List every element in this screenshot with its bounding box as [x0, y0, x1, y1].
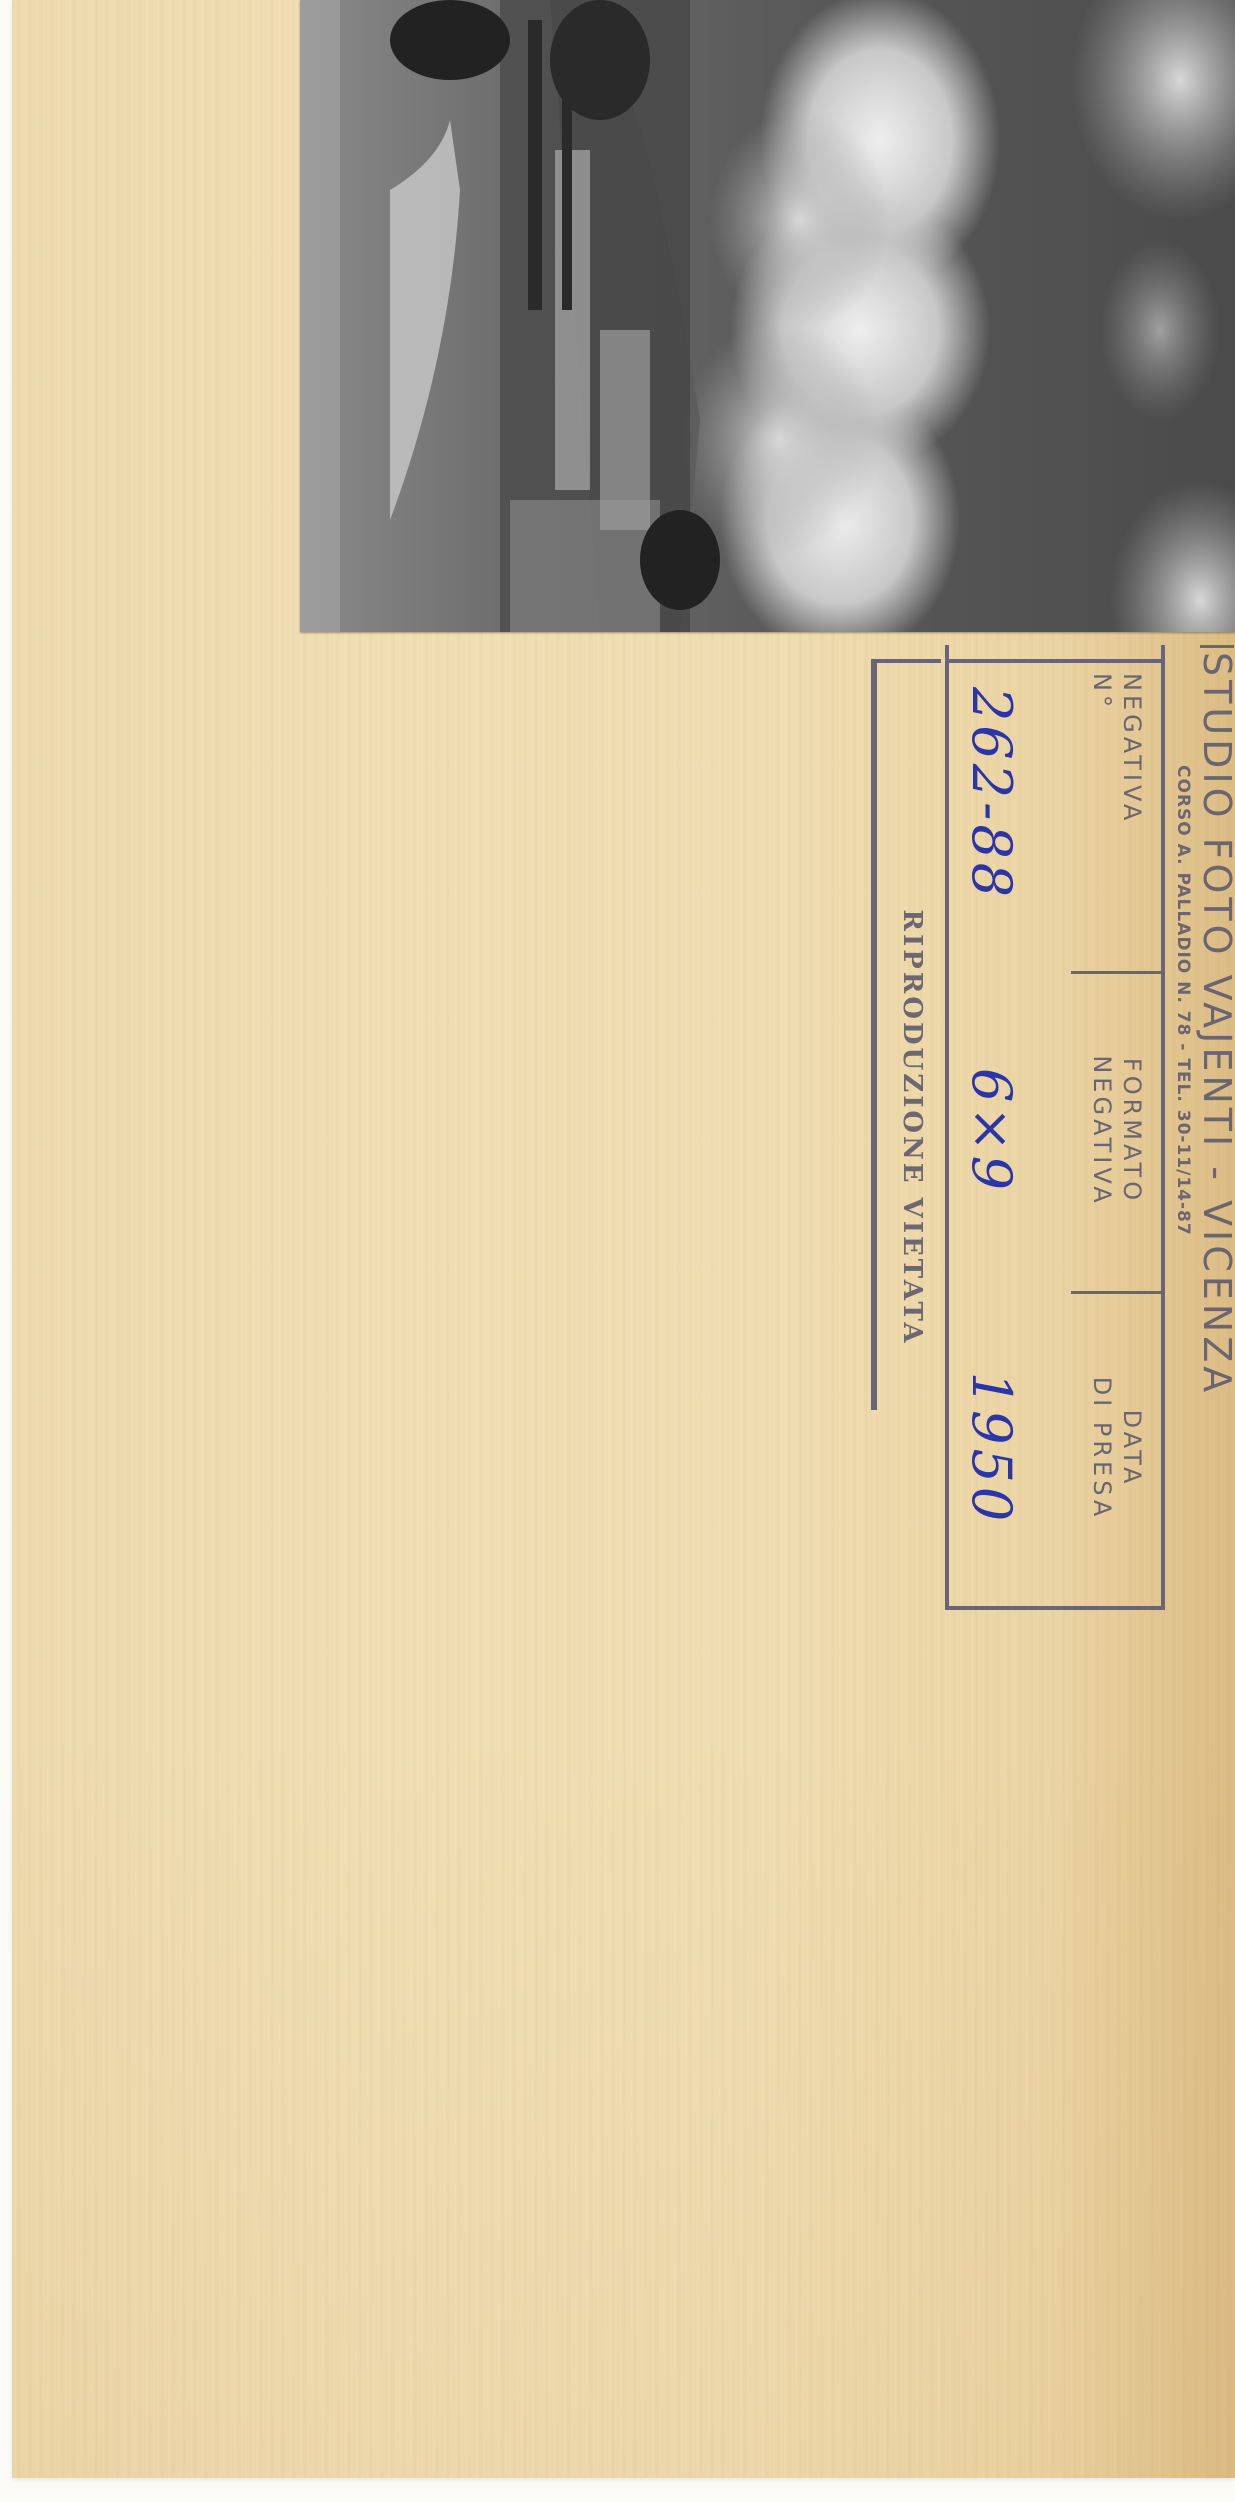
field-value: 1950 — [961, 1291, 1021, 1606]
field-negative-number: NEGATIVA N° 262-88 — [949, 659, 1161, 975]
reproduction-notice: RIPRODUZIONE VIETATA — [897, 645, 927, 1610]
field-label: DATA DI PRESA — [1087, 1291, 1147, 1606]
photo-mount-card: STUDIO FOTO VAJENTI - VICENZA CORSO A. P… — [12, 0, 1235, 2478]
studio-stamp: STUDIO FOTO VAJENTI - VICENZA CORSO A. P… — [867, 645, 1235, 1610]
field-value: 262-88 — [961, 687, 1021, 975]
landscape-photograph — [300, 0, 1235, 632]
divider — [871, 659, 877, 1410]
field-negative-format: FORMATO NEGATIVA 6×9 — [949, 971, 1161, 1291]
studio-name: STUDIO FOTO VAJENTI - VICENZA — [1197, 645, 1235, 1610]
studio-address: CORSO A. PALLADIO N. 78 - TEL. 30-11/14-… — [1173, 765, 1193, 1236]
field-label: FORMATO NEGATIVA — [1087, 971, 1147, 1291]
field-label: NEGATIVA N° — [1087, 673, 1147, 975]
stamp-footer: RIPRODUZIONE VIETATA — [871, 645, 941, 1610]
stamp-table: NEGATIVA N° 262-88 FORMATO NEGATIVA 6×9 … — [945, 645, 1165, 1610]
photo-image — [300, 0, 1235, 632]
field-value: 6×9 — [961, 971, 1021, 1291]
field-date-taken: DATA DI PRESA 1950 — [949, 1291, 1161, 1610]
